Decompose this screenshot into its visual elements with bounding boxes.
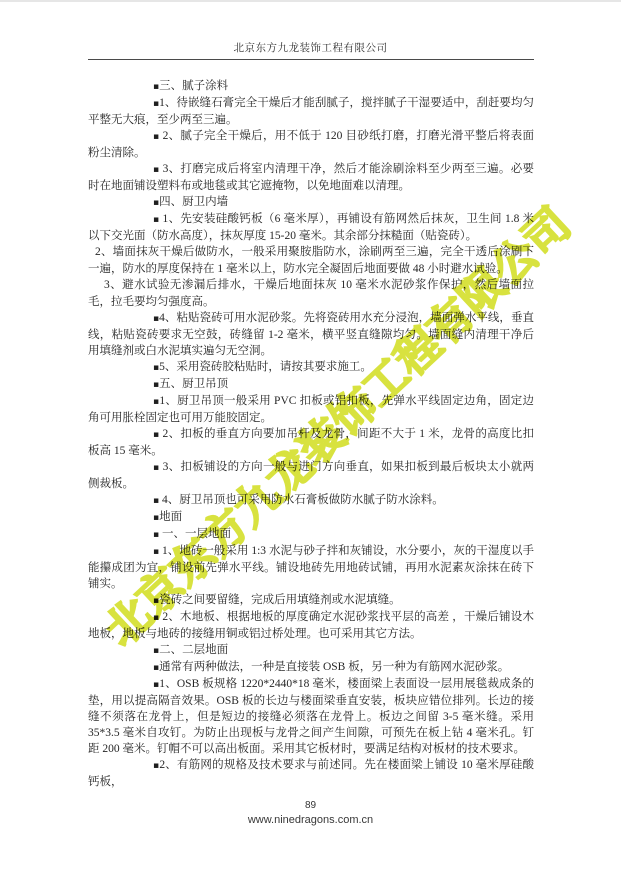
paragraph: ▪四、厨卫内墙 [88,194,534,211]
paragraph-text: 五、厨卫吊顶 [159,378,228,390]
paragraph: ▪ 3、打磨完成后将室内清理干净，然后才能涂刷涂料至少两至三遍。必要时在地面铺设… [88,161,534,194]
paragraph-text: 三、腻子涂料 [159,80,228,92]
paragraph-text: 通常有两种做法，一种是直接装 OSB 板，另一种为有筋网水泥砂浆。 [159,661,509,673]
paragraph: ▪ 4、厨卫吊顶也可采用防水石膏板做防水腻子防水涂料。 [88,492,534,509]
paragraph: ▪ 1、地砖一般采用 1:3 水泥与砂子拌和灰铺设，水分要小，灰的干湿度以手能攥… [88,543,534,592]
bullet-marker-icon: ▪ [153,547,162,557]
paragraph: ▪ 3、扣板铺设的方向一般与进门方向垂直，如果扣板到最后板块太小就两侧裁板。 [88,459,534,492]
bullet-marker-icon: ▪ [153,530,162,540]
paragraph-text: 2、墙面抹灰干燥后做防水，一般采用聚胺脂防水，涂刷两至三遍，完全干透后涂刷下一遍… [88,246,534,275]
paragraph-text: 瓷砖之间要留缝，完成后用填缝剂或水泥填缝。 [159,594,401,606]
paragraph: ▪1、OSB 板规格 1220*2440*18 毫米，楼面梁上表面设一层用展毯裁… [88,676,534,757]
paragraph: ▪五、厨卫吊顶 [88,376,534,393]
paragraph: ▪1、待嵌缝石膏完全干燥后才能刮腻子，搅拌腻子干湿要适中，刮赶要均匀平整无大痕，… [88,95,534,128]
document-body: ▪三、腻子涂料 ▪1、待嵌缝石膏完全干燥后才能刮腻子，搅拌腻子干湿要适中，刮赶要… [88,78,534,790]
paragraph-text: 3、避水试验无渗漏后排水，干燥后地面抹灰 10 毫米水泥砂浆作保护，然后墙面拉毛… [88,279,534,308]
document-page: 北京东方九龙装饰工程有限公司 ▪三、腻子涂料 ▪1、待嵌缝石膏完全干燥后才能刮腻… [0,0,621,877]
paragraph: ▪瓷砖之间要留缝，完成后用填缝剂或水泥填缝。 [88,592,534,609]
paragraph: ▪三、腻子涂料 [88,78,534,95]
paragraph: ▪2、有筋网的规格及技术要求与前述同。先在楼面梁上铺设 10 毫米厚硅酸钙板， [88,757,534,790]
paragraph: 3、避水试验无渗漏后排水，干燥后地面抹灰 10 毫米水泥砂浆作保护，然后墙面拉毛… [88,277,534,310]
paragraph: ▪1、厨卫吊顶一般采用 PVC 扣板或铝扣板，先弹水平线固定边角，固定边角可用胀… [88,393,534,426]
paragraph-text: 4、厨卫吊顶也可采用防水石膏板做防水腻子防水涂料。 [162,494,444,506]
bullet-marker-icon: ▪ [153,496,162,506]
bullet-marker-icon: ▪ [153,463,163,473]
paragraph-text: 二、二层地面 [159,644,228,656]
paragraph-text: 四、厨卫内墙 [159,196,228,208]
footer-website: www.ninedragons.com.cn [0,814,621,826]
page-number: 89 [0,800,621,811]
paragraph: ▪地面 [88,509,534,526]
paragraph-text: 5、采用瓷砖胶粘贴时，请按其要求施工。 [159,361,372,373]
paragraph: ▪ 2、腻子完全干燥后，用不低于 120 目砂纸打磨，打磨光滑平整后将表面粉尘清… [88,128,534,161]
paragraph: ▪ 1、先安装硅酸钙板（6 毫米厚），再铺设有筋网然后抹灰，卫生间 1.8 米以… [88,211,534,244]
paragraph-text: 地面 [159,511,182,523]
bullet-marker-icon: ▪ [153,132,163,142]
paragraph: ▪4、粘贴瓷砖可用水泥砂浆。先将瓷砖用水充分浸泡，墙面弹水平线，垂直线，粘贴瓷砖… [88,310,534,359]
bullet-marker-icon: ▪ [153,215,163,225]
header-rule [88,59,534,60]
paragraph: ▪5、采用瓷砖胶粘贴时，请按其要求施工。 [88,359,534,376]
paragraph: 2、墙面抹灰干燥后做防水，一般采用聚胺脂防水，涂刷两至三遍，完全干透后涂刷下一遍… [88,244,534,277]
paragraph: ▪ 2、扣板的垂直方向要加吊杆及龙骨，间距不大于 1 米，龙骨的高度比扣板高 1… [88,426,534,459]
paragraph: ▪通常有两种做法，一种是直接装 OSB 板，另一种为有筋网水泥砂浆。 [88,659,534,676]
paragraph-text: 一、一层地面 [162,528,231,540]
paragraph: ▪ 一、一层地面 [88,526,534,543]
bullet-marker-icon: ▪ [153,430,163,440]
paragraph: ▪二、二层地面 [88,642,534,659]
bullet-marker-icon: ▪ [153,165,163,175]
paragraph: ▪ 2、木地板、根据地板的厚度确定水泥砂浆找平层的高差 ，干燥后铺设木地板，地板… [88,609,534,642]
header-company-name: 北京东方九龙装饰工程有限公司 [0,40,621,55]
bullet-marker-icon: ▪ [153,613,162,623]
